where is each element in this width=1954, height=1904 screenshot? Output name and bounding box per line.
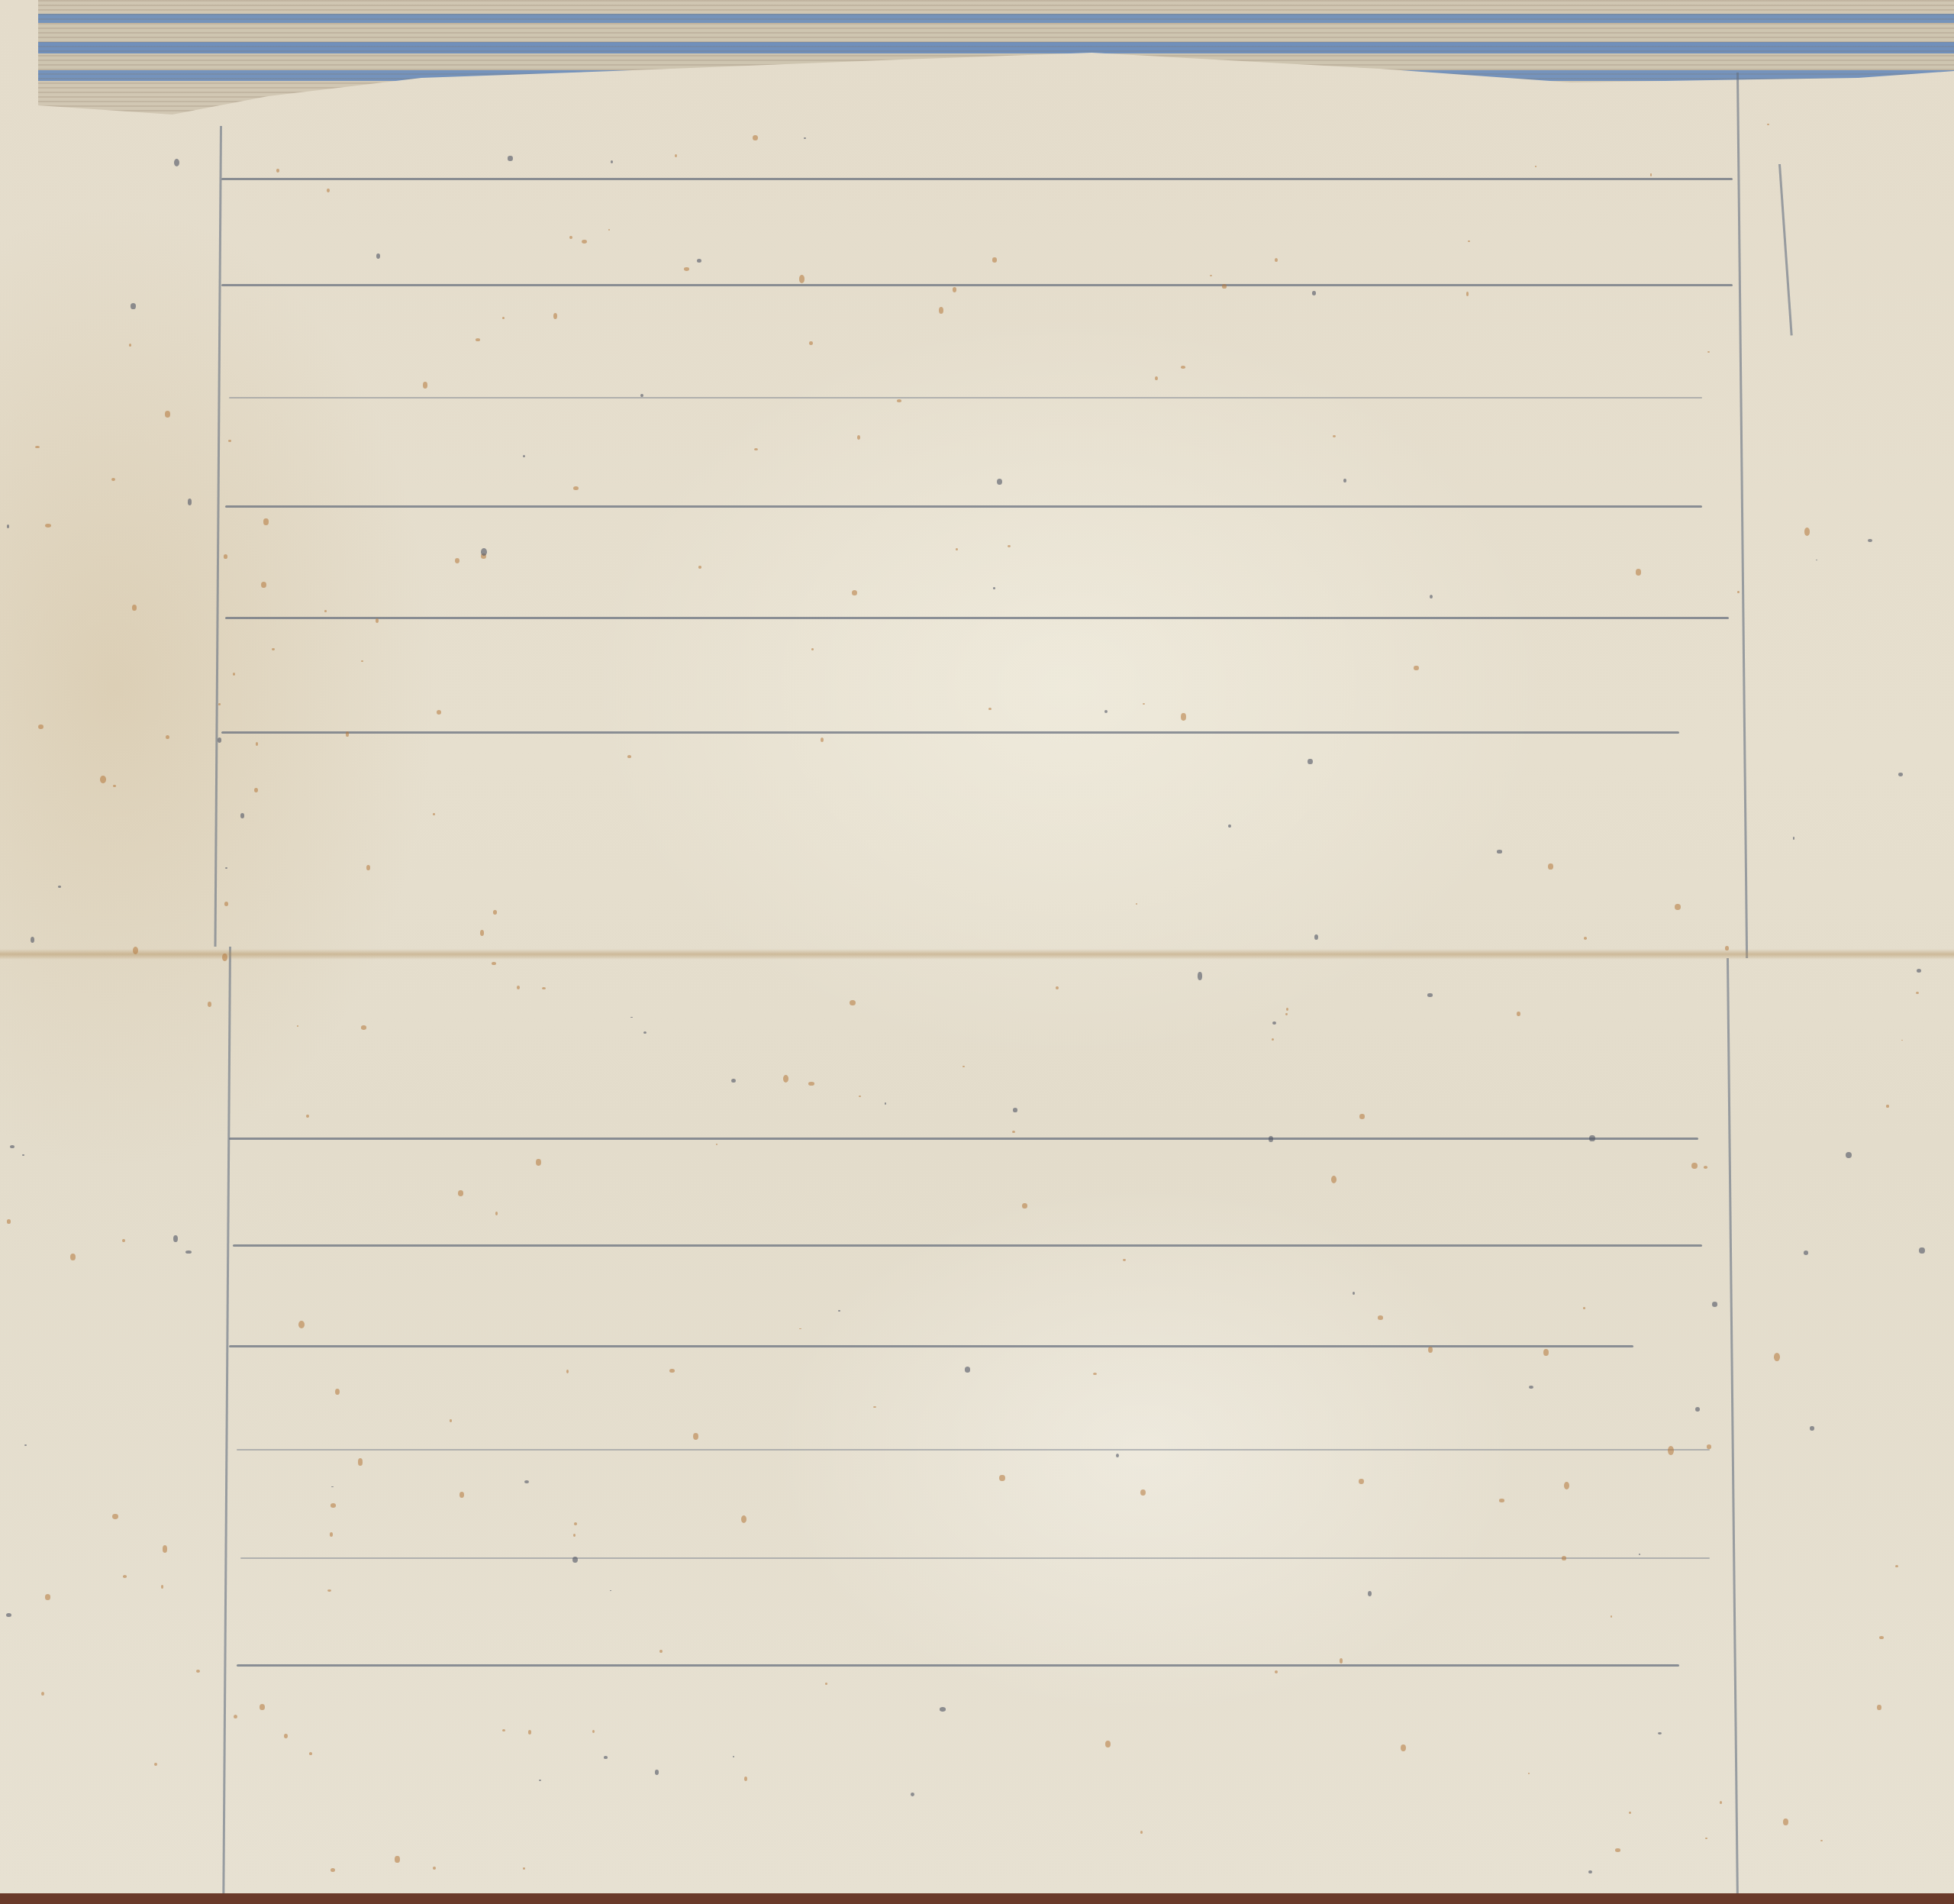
fiber-speck bbox=[1705, 1838, 1707, 1839]
fiber-speck bbox=[1272, 1021, 1276, 1025]
fiber-speck bbox=[1804, 1251, 1808, 1255]
fiber-speck bbox=[1877, 1705, 1881, 1711]
fiber-speck bbox=[630, 1017, 632, 1018]
fiber-speck bbox=[956, 548, 957, 550]
fiber-speck bbox=[35, 446, 40, 449]
fiber-speck bbox=[327, 189, 329, 192]
fiber-speck bbox=[163, 1545, 168, 1553]
fiber-speck bbox=[433, 1867, 435, 1870]
fiber-speck bbox=[1331, 1176, 1337, 1183]
fiber-speck bbox=[7, 1219, 11, 1223]
fiber-speck bbox=[10, 1145, 15, 1148]
fiber-speck bbox=[809, 341, 813, 345]
fiber-speck bbox=[188, 499, 192, 505]
fiber-speck bbox=[263, 518, 269, 524]
fiber-speck bbox=[553, 313, 557, 319]
fiber-speck bbox=[423, 382, 427, 389]
fiber-speck bbox=[754, 448, 758, 450]
fiber-speck bbox=[655, 1770, 659, 1774]
fiber-speck bbox=[492, 962, 496, 965]
fiber-speck bbox=[455, 558, 459, 563]
fiber-speck bbox=[1022, 1203, 1027, 1209]
fiber-speck bbox=[825, 1683, 827, 1685]
fiber-speck bbox=[1056, 986, 1059, 990]
fiber-speck bbox=[1093, 1373, 1097, 1375]
fiber-speck bbox=[1210, 275, 1212, 276]
fiber-speck bbox=[850, 1000, 856, 1005]
fiber-speck bbox=[254, 788, 258, 792]
fiber-speck bbox=[224, 902, 229, 906]
fiber-speck bbox=[480, 930, 484, 936]
fiber-speck bbox=[324, 610, 327, 612]
fiber-speck bbox=[1675, 904, 1681, 910]
fiber-speck bbox=[1497, 850, 1502, 853]
fiber-speck bbox=[569, 236, 572, 239]
pencil-vertical-line bbox=[214, 126, 222, 947]
fiber-speck bbox=[965, 1367, 970, 1372]
fiber-speck bbox=[256, 742, 258, 746]
fiber-speck bbox=[627, 755, 631, 757]
fiber-speck bbox=[1275, 1670, 1278, 1673]
fiber-speck bbox=[838, 1310, 840, 1312]
pencil-vertical-line bbox=[1736, 73, 1748, 958]
fiber-speck bbox=[331, 1503, 336, 1507]
fiber-speck bbox=[22, 1154, 24, 1157]
fiber-speck bbox=[1898, 773, 1903, 776]
fiber-speck bbox=[1269, 1136, 1273, 1142]
pencil-rule-line bbox=[237, 1664, 1679, 1667]
fiber-speck bbox=[6, 1613, 11, 1618]
fiber-speck bbox=[358, 1458, 363, 1465]
fiber-speck bbox=[1359, 1479, 1364, 1484]
fiber-speck bbox=[222, 954, 227, 962]
fiber-speck bbox=[361, 1025, 367, 1030]
fiber-speck bbox=[1430, 595, 1433, 599]
fiber-speck bbox=[716, 1144, 717, 1145]
fiber-speck bbox=[1919, 1247, 1924, 1254]
fiber-speck bbox=[366, 865, 370, 870]
fiber-speck bbox=[911, 1793, 914, 1796]
fiber-speck bbox=[528, 1730, 531, 1735]
fiber-speck bbox=[523, 1867, 525, 1869]
fiber-speck bbox=[1548, 863, 1553, 870]
fiber-speck bbox=[1691, 1163, 1698, 1169]
woven-fabric-strip bbox=[38, 0, 1954, 115]
fiber-speck bbox=[433, 813, 435, 815]
pencil-rule-line bbox=[229, 397, 1702, 399]
fiber-speck bbox=[331, 1486, 334, 1488]
fiber-speck bbox=[640, 394, 643, 397]
fiber-speck bbox=[1333, 435, 1336, 437]
fiber-speck bbox=[208, 1002, 211, 1007]
fiber-speck bbox=[1639, 1554, 1641, 1555]
fiber-speck bbox=[1895, 1565, 1898, 1568]
fiber-speck bbox=[1343, 479, 1346, 482]
fiber-speck bbox=[437, 710, 441, 715]
fiber-speck bbox=[1308, 759, 1312, 765]
pencil-rule-line bbox=[221, 178, 1733, 180]
fiber-speck bbox=[122, 1239, 125, 1243]
fiber-speck bbox=[218, 703, 221, 705]
fiber-speck bbox=[224, 554, 227, 559]
fiber-speck bbox=[1104, 710, 1108, 713]
pencil-rule-line bbox=[229, 1138, 1698, 1140]
fiber-speck bbox=[1589, 1135, 1594, 1141]
fiber-speck bbox=[70, 1254, 76, 1260]
fiber-speck bbox=[1116, 1454, 1119, 1457]
fiber-speck bbox=[260, 1704, 265, 1710]
fiber-speck bbox=[459, 1492, 464, 1498]
fiber-speck bbox=[306, 1115, 308, 1118]
pencil-rule-line bbox=[221, 731, 1679, 734]
fiber-speck bbox=[1564, 1482, 1569, 1490]
fiber-speck bbox=[154, 1763, 157, 1766]
fiber-speck bbox=[185, 1251, 192, 1254]
fiber-speck bbox=[1008, 545, 1011, 547]
fiber-speck bbox=[1466, 292, 1469, 296]
fiber-speck bbox=[1583, 1307, 1585, 1309]
fiber-speck bbox=[309, 1752, 312, 1755]
fiber-speck bbox=[1528, 1773, 1530, 1774]
fiber-speck bbox=[1712, 1302, 1718, 1307]
fiber-speck bbox=[811, 648, 814, 650]
fiber-speck bbox=[272, 648, 275, 650]
fiber-speck bbox=[173, 1235, 178, 1242]
fiber-speck bbox=[897, 399, 901, 402]
fiber-speck bbox=[1468, 240, 1470, 243]
fiber-speck bbox=[297, 1025, 298, 1027]
fiber-speck bbox=[993, 587, 995, 589]
fiber-speck bbox=[1793, 837, 1795, 840]
fiber-speck bbox=[873, 1406, 876, 1408]
fiber-speck bbox=[659, 1650, 663, 1654]
fiber-speck bbox=[1105, 1741, 1111, 1748]
fiber-speck bbox=[731, 1079, 736, 1083]
fiber-speck bbox=[228, 440, 231, 442]
fiber-speck bbox=[100, 776, 105, 783]
fiber-speck bbox=[1414, 666, 1418, 671]
fiber-speck bbox=[783, 1075, 789, 1083]
fiber-speck bbox=[741, 1515, 746, 1523]
fiber-speck bbox=[1222, 284, 1227, 288]
fiber-speck bbox=[573, 486, 579, 491]
pencil-rule-line bbox=[229, 1345, 1633, 1347]
fiber-speck bbox=[1499, 1499, 1504, 1502]
fiber-speck bbox=[1668, 1446, 1674, 1455]
fiber-speck bbox=[131, 303, 136, 308]
fiber-speck bbox=[330, 1532, 333, 1537]
fiber-speck bbox=[218, 737, 222, 743]
fiber-speck bbox=[940, 1707, 946, 1711]
fiber-speck bbox=[1774, 1353, 1780, 1361]
fiber-speck bbox=[1140, 1831, 1143, 1834]
fiber-speck bbox=[327, 1589, 331, 1592]
fiber-speck bbox=[524, 1480, 529, 1484]
fiber-speck bbox=[1359, 1114, 1366, 1119]
fiber-speck bbox=[611, 160, 613, 163]
fiber-speck bbox=[604, 1756, 607, 1759]
fiber-speck bbox=[376, 253, 380, 259]
fiber-speck bbox=[1198, 972, 1203, 979]
fiber-speck bbox=[458, 1190, 463, 1196]
fiber-speck bbox=[572, 1557, 578, 1563]
fiber-speck bbox=[566, 1370, 569, 1373]
fiber-speck bbox=[129, 344, 131, 347]
fiber-speck bbox=[1901, 1040, 1903, 1041]
fiber-speck bbox=[1155, 376, 1158, 381]
fiber-speck bbox=[476, 338, 480, 341]
fiber-speck bbox=[38, 724, 44, 729]
fiber-speck bbox=[1650, 173, 1653, 176]
fiber-speck bbox=[808, 1082, 814, 1086]
fiber-speck bbox=[852, 590, 857, 595]
fiber-speck bbox=[1707, 351, 1710, 353]
fiber-speck bbox=[1378, 1315, 1383, 1319]
fiber-speck bbox=[1846, 1152, 1852, 1158]
fiber-speck bbox=[1285, 1013, 1288, 1015]
fiber-speck bbox=[1611, 1615, 1612, 1617]
fiber-speck bbox=[799, 1328, 801, 1330]
fiber-speck bbox=[1588, 1870, 1592, 1874]
fiber-speck bbox=[45, 1594, 50, 1599]
fiber-speck bbox=[539, 1780, 541, 1781]
fiber-speck bbox=[582, 240, 587, 244]
fiber-speck bbox=[592, 1730, 595, 1734]
fiber-speck bbox=[697, 259, 701, 263]
pencil-rule-line bbox=[225, 505, 1702, 508]
fiber-speck bbox=[988, 708, 992, 711]
fiber-speck bbox=[1123, 1259, 1127, 1261]
fiber-speck bbox=[1658, 1732, 1662, 1735]
fiber-speck bbox=[684, 267, 690, 271]
fiber-speck bbox=[113, 785, 116, 787]
fiber-speck bbox=[744, 1777, 747, 1781]
pencil-rule-line bbox=[240, 1557, 1710, 1559]
fiber-speck bbox=[1529, 1386, 1533, 1389]
fiber-speck bbox=[1783, 1818, 1788, 1825]
fiber-speck bbox=[1725, 946, 1729, 950]
fiber-speck bbox=[962, 1066, 964, 1067]
fiber-speck bbox=[45, 524, 51, 528]
fiber-speck bbox=[1886, 1105, 1890, 1107]
fiber-speck bbox=[276, 169, 279, 172]
fiber-speck bbox=[1312, 291, 1316, 295]
fiber-speck bbox=[1012, 1131, 1015, 1133]
background-edge bbox=[0, 1893, 1954, 1904]
fiber-speck bbox=[1517, 1012, 1520, 1016]
fiber-speck bbox=[284, 1734, 288, 1738]
fiber-speck bbox=[1428, 1347, 1433, 1354]
fiber-speck bbox=[495, 1212, 498, 1215]
fiber-speck bbox=[111, 478, 115, 481]
fiber-speck bbox=[298, 1321, 305, 1328]
fiber-speck bbox=[1401, 1744, 1406, 1751]
fiber-speck bbox=[1868, 539, 1872, 543]
fiber-speck bbox=[450, 1419, 453, 1422]
fiber-speck bbox=[1340, 1658, 1343, 1664]
fiber-speck bbox=[502, 317, 505, 320]
pencil-rule-line bbox=[237, 1449, 1710, 1451]
fiber-speck bbox=[335, 1389, 340, 1395]
fiber-speck bbox=[196, 1670, 200, 1673]
fiber-speck bbox=[999, 1475, 1004, 1482]
fiber-speck bbox=[174, 159, 179, 166]
fiber-speck bbox=[1704, 1166, 1707, 1168]
fiber-speck bbox=[1916, 992, 1919, 994]
fiber-speck bbox=[542, 987, 546, 989]
fiber-speck bbox=[1917, 969, 1921, 973]
fiber-speck bbox=[608, 229, 611, 231]
fiber-speck bbox=[1353, 1292, 1355, 1295]
fiber-speck bbox=[31, 937, 34, 943]
fiber-speck bbox=[574, 1522, 577, 1525]
fiber-speck bbox=[573, 1534, 576, 1537]
fiber-speck bbox=[885, 1102, 886, 1105]
fiber-speck bbox=[1275, 258, 1278, 262]
fiber-speck bbox=[536, 1159, 541, 1166]
fiber-speck bbox=[693, 1433, 698, 1440]
fiber-speck bbox=[939, 307, 943, 315]
fiber-speck bbox=[1013, 1108, 1017, 1112]
fiber-speck bbox=[58, 886, 62, 888]
fiber-speck bbox=[1228, 825, 1230, 828]
fiber-speck bbox=[643, 1031, 646, 1034]
fiber-speck bbox=[1368, 1591, 1372, 1597]
fiber-speck bbox=[857, 435, 860, 440]
fiber-speck bbox=[1535, 166, 1537, 167]
fiber-speck bbox=[1615, 1848, 1621, 1852]
fiber-speck bbox=[7, 524, 10, 528]
fiber-speck bbox=[508, 156, 512, 161]
fiber-speck bbox=[610, 1590, 611, 1592]
fiber-speck bbox=[669, 1369, 675, 1373]
pencil-vertical-line bbox=[1727, 958, 1739, 1904]
fiber-speck bbox=[804, 137, 806, 140]
fiber-speck bbox=[698, 566, 701, 568]
fiber-speck bbox=[992, 257, 998, 263]
fiber-speck bbox=[395, 1856, 399, 1863]
fiber-speck bbox=[1820, 1840, 1823, 1841]
fiber-speck bbox=[165, 411, 170, 418]
fiber-speck bbox=[346, 731, 349, 736]
fiber-speck bbox=[1720, 1801, 1722, 1804]
fiber-speck bbox=[240, 813, 244, 818]
fiber-speck bbox=[1543, 1349, 1549, 1356]
fiber-speck bbox=[1143, 703, 1145, 705]
fiber-speck bbox=[1879, 1636, 1884, 1639]
fiber-speck bbox=[481, 548, 487, 556]
fiber-speck bbox=[112, 1514, 118, 1519]
fiber-speck bbox=[234, 1715, 237, 1718]
fiber-speck bbox=[493, 910, 497, 915]
fiber-speck bbox=[1562, 1556, 1566, 1560]
fiber-speck bbox=[1804, 528, 1811, 536]
pencil-rule-line bbox=[221, 284, 1733, 286]
fiber-speck bbox=[225, 867, 227, 869]
fiber-speck bbox=[24, 1444, 27, 1446]
paper-fold-crease bbox=[0, 949, 1954, 960]
fiber-speck bbox=[233, 673, 235, 676]
fiber-speck bbox=[132, 605, 137, 610]
fiber-speck bbox=[1584, 937, 1587, 940]
fiber-speck bbox=[799, 275, 805, 283]
fiber-speck bbox=[1629, 1812, 1630, 1814]
pencil-rule-line bbox=[233, 1244, 1702, 1247]
fiber-speck bbox=[517, 986, 520, 989]
fiber-speck bbox=[1181, 713, 1185, 721]
fiber-speck bbox=[1427, 993, 1432, 996]
fiber-speck bbox=[953, 287, 957, 292]
fiber-speck bbox=[1816, 560, 1817, 560]
fiber-speck bbox=[1767, 124, 1769, 125]
fiber-speck bbox=[502, 1729, 505, 1731]
fiber-speck bbox=[41, 1692, 44, 1696]
pencil-vertical-line bbox=[222, 947, 231, 1904]
fiber-speck bbox=[331, 1868, 335, 1872]
fiber-speck bbox=[261, 582, 266, 588]
fiber-speck bbox=[1181, 366, 1185, 369]
fiber-speck bbox=[1636, 569, 1641, 575]
fiber-speck bbox=[361, 660, 363, 662]
fiber-speck bbox=[376, 618, 379, 623]
aged-paper-page bbox=[0, 0, 1954, 1904]
pencil-vertical-line bbox=[1778, 164, 1793, 336]
fiber-speck bbox=[161, 1585, 163, 1589]
fiber-speck bbox=[997, 479, 1002, 485]
fiber-speck bbox=[1810, 1426, 1814, 1431]
fiber-speck bbox=[1737, 591, 1740, 594]
fiber-speck bbox=[1695, 1407, 1700, 1412]
fiber-speck bbox=[1286, 1008, 1288, 1011]
fiber-speck bbox=[1314, 934, 1318, 941]
fiber-speck bbox=[821, 737, 824, 741]
fiber-speck bbox=[1707, 1444, 1711, 1449]
fiber-speck bbox=[753, 135, 758, 140]
fiber-speck bbox=[859, 1096, 860, 1097]
fiber-speck bbox=[1140, 1489, 1146, 1496]
fiber-speck bbox=[733, 1756, 735, 1757]
fiber-speck bbox=[1136, 903, 1137, 905]
fiber-speck bbox=[166, 735, 169, 739]
fiber-speck bbox=[523, 455, 525, 457]
pencil-rule-line bbox=[225, 617, 1729, 619]
fiber-speck bbox=[1272, 1038, 1274, 1041]
fiber-speck bbox=[675, 154, 677, 157]
fiber-speck bbox=[123, 1575, 127, 1578]
